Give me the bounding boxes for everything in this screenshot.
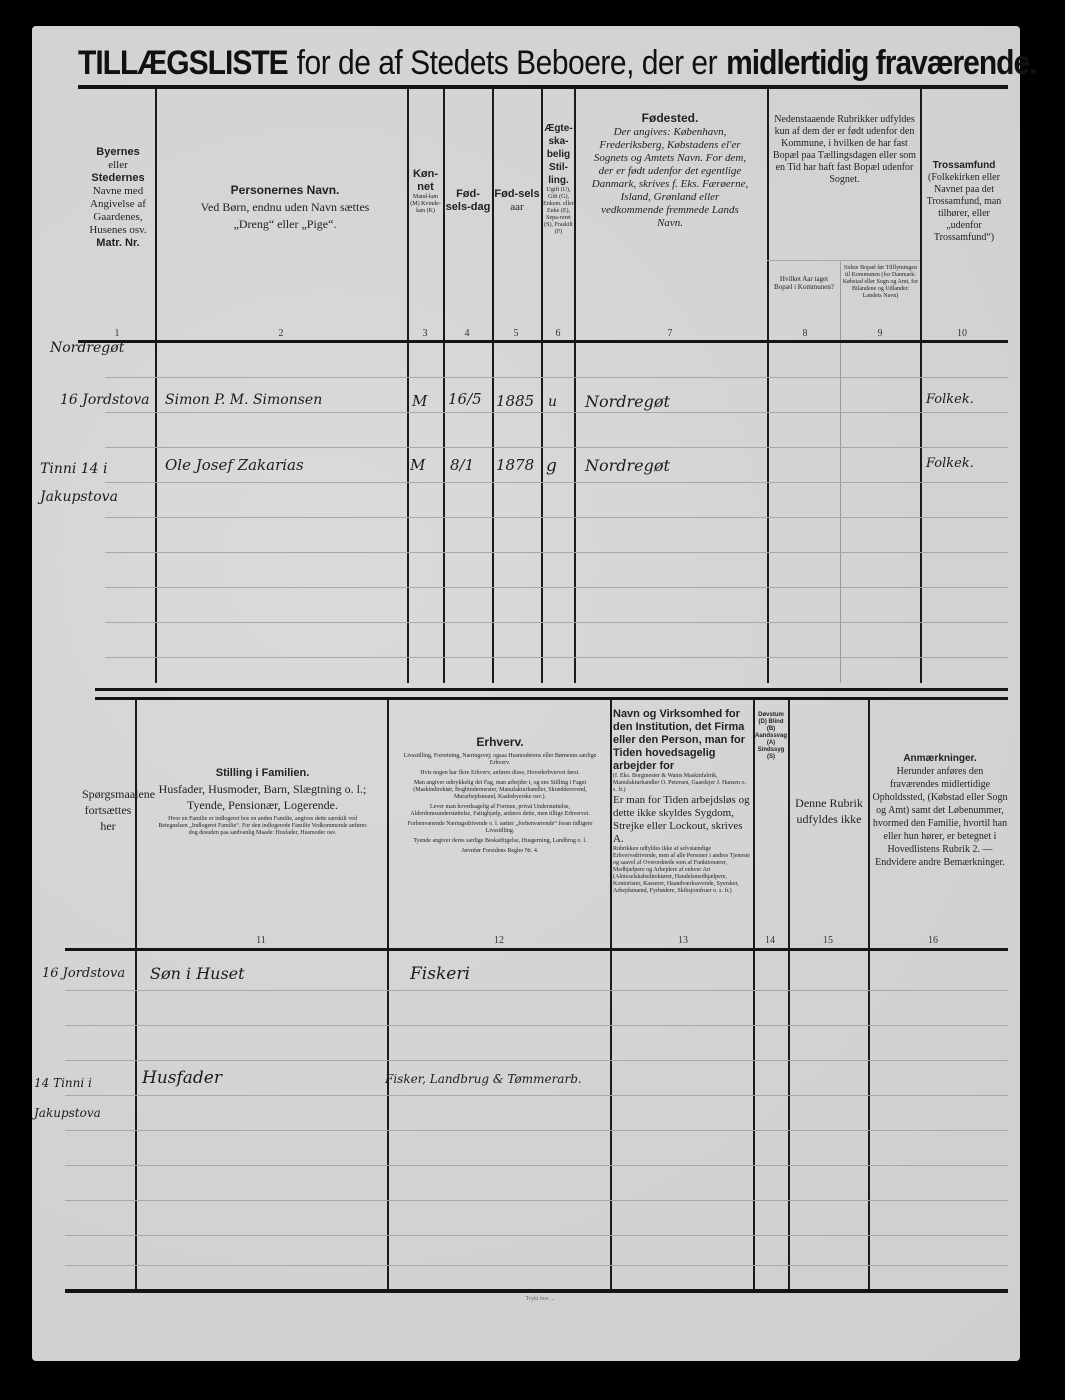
col-number: 12 [484,935,514,946]
header-col-10: Trossamfund(Folkekirken eller Navnet paa… [923,160,1005,244]
row-place: 16 Jordstova [60,392,149,408]
col-number: 2 [266,328,296,339]
divider [767,89,769,683]
lower-top-rule [95,697,1008,700]
header-col-9: Sidste Bopæl før Tilflytningen til Kommu… [842,265,919,300]
header-col-8-9: Nedenstaaende Rubrikker udfyldes kun af … [772,114,917,186]
header-col-16: Anmærkninger.Herunder anføres den fravær… [872,752,1008,869]
divider [753,700,755,1290]
row-marital: u [548,394,557,410]
header-col-6: Ægte-ska-belig Stil-ling.Ugift (U), Gift… [543,122,574,236]
row-marital: g [546,456,557,476]
col-number: 13 [668,935,698,946]
row-place: Nordregøt [50,340,124,356]
row-religion: Folkek. [926,456,974,471]
col-number: 14 [755,935,785,946]
row-birthday: 16/5 [448,390,482,408]
col-number: 4 [452,328,482,339]
row-family-position: Husfader [142,1068,222,1088]
row-occupation: Fiskeri [410,964,470,984]
section-divider-rule [95,688,1008,691]
col-number: 10 [947,328,977,339]
row-family-position: Søn i Huset [150,964,245,983]
title-bold-right: midlertidig fraværende. [726,44,1036,82]
title-rule [78,85,1008,89]
row-religion: Folkek. [926,392,974,407]
printer-imprint: Trykt hos ... [500,1296,580,1303]
divider [868,700,870,1290]
row-birthplace: Nordregøt [585,392,670,411]
divider [492,89,494,683]
divider [387,700,389,1290]
col-number: 5 [501,328,531,339]
title-middle: for de af Stedets Beboere, der er [297,44,717,82]
col-number: 7 [655,328,685,339]
divider [920,89,922,683]
row-ref: 16 Jordstova [42,966,125,981]
header-col-7: Fødested.Der angives: København, Frederi… [590,112,750,230]
divider [788,700,790,1290]
form-title: TILLÆGSLISTEfor de af Stedets Beboere, d… [78,44,1008,90]
header-col-5: Fød-selsaar [494,188,540,214]
header-col-14: Døvstum (D) Blind (B) Aandssvag (A) Sind… [755,712,787,761]
row-ref: 14 Tinni i Jakupstova [34,1068,132,1128]
title-bold-left: TILLÆGSLISTE [78,44,288,82]
row-birthplace: Nordregøt [585,456,670,475]
divider [767,260,920,261]
header-continued: Spørgsmaalene fortsættes her [82,786,134,834]
col-number: 11 [246,935,276,946]
divider [840,260,841,683]
bottom-rule [65,1289,1008,1293]
row-year: 1885 [496,392,534,410]
lower-header-bottom-rule [65,948,1008,951]
header-col-2: Personernes Navn.Ved Børn, endnu uden Na… [180,182,390,233]
header-bottom-rule [78,340,1008,343]
col-number: 9 [865,328,895,339]
col-number: 1 [102,328,132,339]
header-col-4: Fød-sels-dag [445,188,491,214]
row-sex: M [410,456,425,474]
header-col-13: Navn og Virksomhed for den Institution, … [613,708,751,895]
col-number: 8 [790,328,820,339]
row-year: 1878 [496,456,534,474]
row-sex: M [412,392,427,410]
row-place: Tinni 14 i Jakupstova [40,455,150,511]
header-col-11: Stilling i Familien.Husfader, Husmoder, … [155,764,370,837]
divider [443,89,445,683]
header-col-15: Denne Rubrik udfyldes ikke [792,795,866,827]
header-col-1: ByernesellerStedernesNavne medAngivelse … [82,146,154,250]
header-col-3: Køn-netMand-køn (M) Kvinde-køn (K) [408,168,443,215]
divider [574,89,576,683]
header-col-8: Hvilket Aar taget Bopæl i Kommunen? [770,275,838,291]
col-number: 15 [813,935,843,946]
row-name: Simon P. M. Simonsen [165,392,322,408]
header-col-12: Erhverv. Livsstilling, Forretning, Nærin… [400,734,600,855]
col-number: 3 [410,328,440,339]
row-birthday: 8/1 [450,456,474,474]
divider [610,700,612,1290]
col-number: 16 [918,935,948,946]
divider [155,89,157,683]
row-occupation: Fisker, Landbrug & Tømmerarb. [385,1072,582,1086]
row-name: Ole Josef Zakarias [165,456,304,474]
col-number: 6 [543,328,573,339]
